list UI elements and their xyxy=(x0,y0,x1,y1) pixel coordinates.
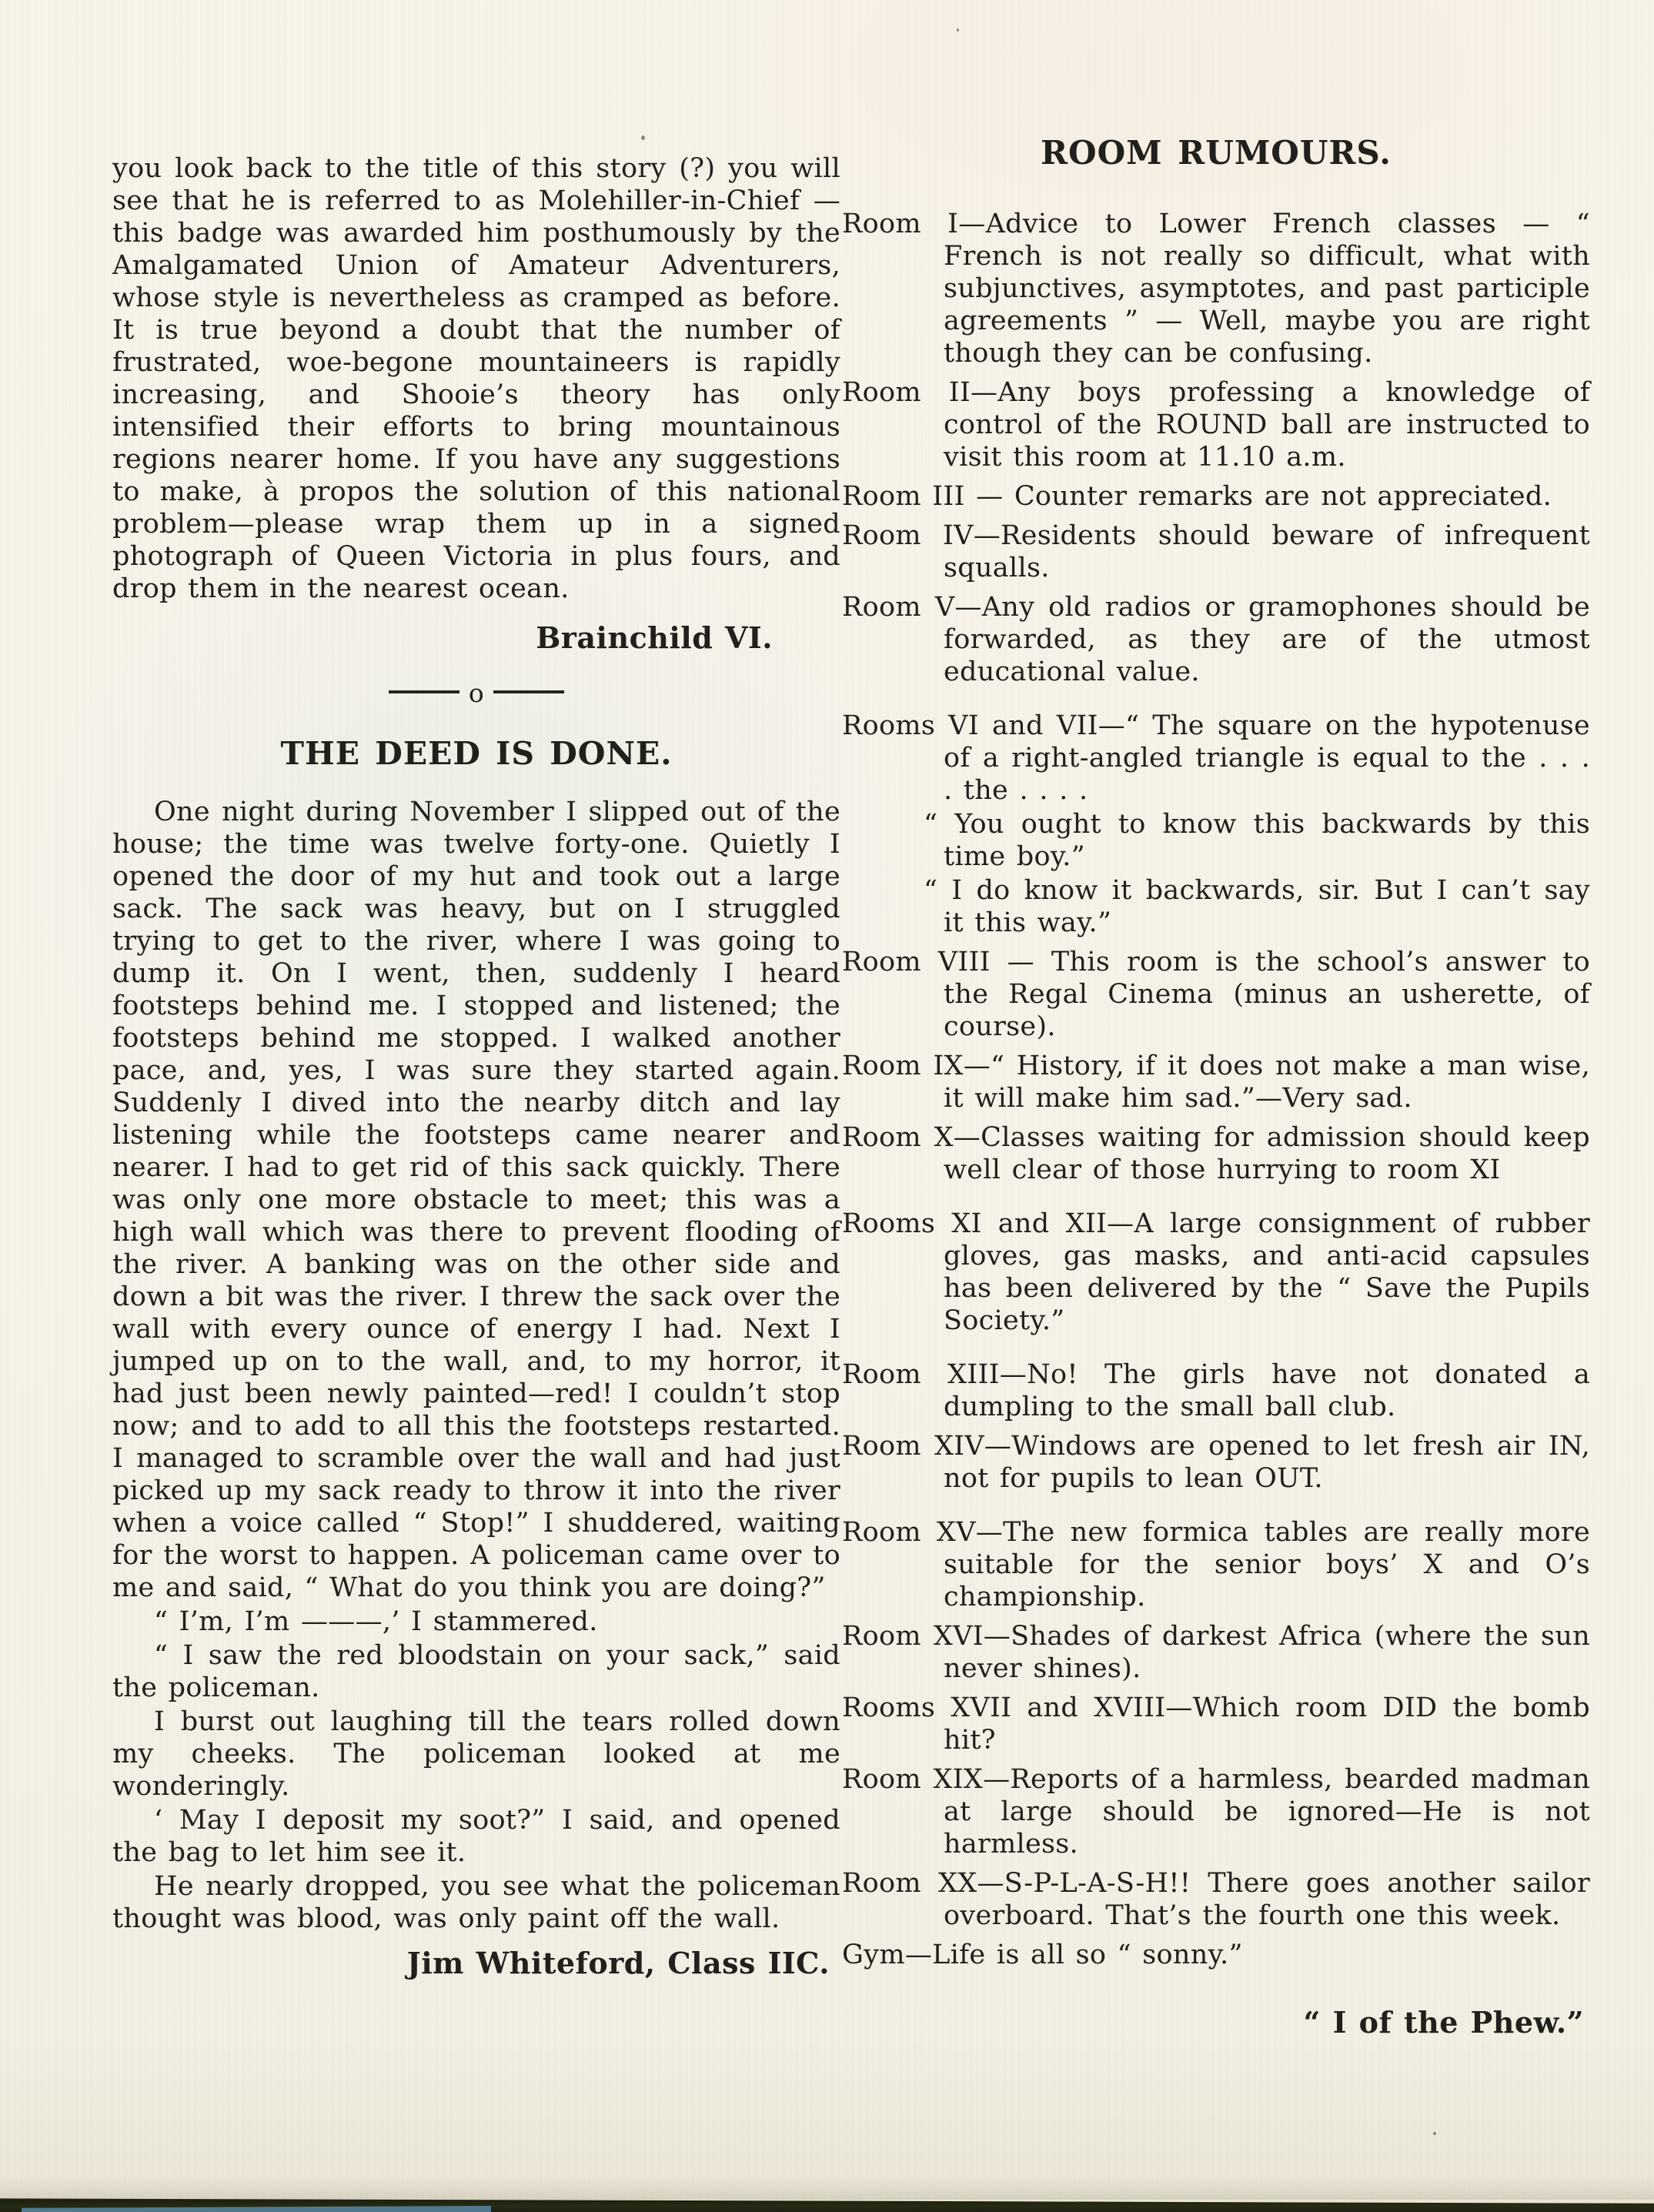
rumour-paragraph: Room I—Advice to Lower French classes — … xyxy=(842,208,1590,369)
rumour-entry-gym: Gym—Life is all so “ sonny.” xyxy=(842,1939,1590,1971)
story-paragraph: One night during November I slipped out … xyxy=(112,796,840,1604)
room-rumours-title: ROOM RUMOURS. xyxy=(842,137,1590,169)
left-column: you look back to the title of this story… xyxy=(112,152,840,1980)
rumour-paragraph: Gym—Life is all so “ sonny.” xyxy=(842,1939,1590,1971)
story-paragraph: I burst out laughing till the tears roll… xyxy=(112,1706,840,1803)
story-paragraph: He nearly dropped, you see what the poli… xyxy=(112,1870,840,1935)
scanned-magazine-page: you look back to the title of this story… xyxy=(0,0,1654,2212)
story-paragraph: “ I saw the red bloodstain on your sack,… xyxy=(112,1639,840,1704)
rumour-paragraph: Room XIII—No! The girls have not donated… xyxy=(842,1358,1590,1423)
section-divider: o xyxy=(112,677,840,710)
ink-speck xyxy=(1433,2132,1436,2135)
rumours-list: Room I—Advice to Lower French classes — … xyxy=(842,208,1590,1971)
rumour-entry-room-2: Room II—Any boys professing a knowledge … xyxy=(842,376,1590,473)
rumour-paragraph: Room X—Classes waiting for admission sho… xyxy=(842,1121,1590,1186)
rumour-paragraph: Room II—Any boys professing a knowledge … xyxy=(842,376,1590,473)
divider-rule-left xyxy=(389,690,459,693)
rumour-entry-room-3: Room III — Counter remarks are not appre… xyxy=(842,480,1590,513)
intro-paragraph: you look back to the title of this story… xyxy=(112,152,840,605)
story-body: One night during November I slipped out … xyxy=(112,796,840,1935)
rumour-entry-room-1: Room I—Advice to Lower French classes — … xyxy=(842,208,1590,369)
rumour-paragraph: Room III — Counter remarks are not appre… xyxy=(842,480,1590,513)
rumour-entry-rooms-11-12: Rooms XI and XII—A large consignment of … xyxy=(842,1208,1590,1337)
story-paragraph: ‘ May I deposit my soot?” I said, and op… xyxy=(112,1804,840,1869)
rumour-entry-room-9: Room IX—“ History, if it does not make a… xyxy=(842,1050,1590,1114)
rumour-entry-room-20: Room XX—S-P-L-A-S-H!! There goes another… xyxy=(842,1867,1590,1932)
intro-signature: Brainchild VI. xyxy=(112,622,840,654)
rumour-paragraph: Room XVI—Shades of darkest Africa (where… xyxy=(842,1620,1590,1685)
rumour-paragraph: Room IX—“ History, if it does not make a… xyxy=(842,1050,1590,1114)
scan-edge-band xyxy=(0,2197,1654,2212)
rumour-entry-room-10: Room X—Classes waiting for admission sho… xyxy=(842,1121,1590,1186)
rumour-paragraph: “ I do know it backwards, sir. But I can… xyxy=(842,874,1590,939)
rumour-paragraph: Room XIX—Reports of a harmless, bearded … xyxy=(842,1763,1590,1860)
rumour-entry-room-19: Room XIX—Reports of a harmless, bearded … xyxy=(842,1763,1590,1860)
divider-rule-right xyxy=(493,690,564,693)
rumour-paragraph: Rooms XVII and XVIII—Which room DID the … xyxy=(842,1692,1590,1756)
rumour-paragraph: Rooms VI and VII—“ The square on the hyp… xyxy=(842,710,1590,807)
ink-speck xyxy=(641,135,645,140)
rumour-paragraph: “ You ought to know this backwards by th… xyxy=(842,808,1590,873)
rumour-entry-room-4: Room IV—Residents should beware of infre… xyxy=(842,520,1590,584)
rumour-paragraph: Room XV—The new formica tables are reall… xyxy=(842,1516,1590,1613)
rumour-paragraph: Room XX—S-P-L-A-S-H!! There goes another… xyxy=(842,1867,1590,1932)
rumour-entry-room-13: Room XIII—No! The girls have not donated… xyxy=(842,1358,1590,1423)
rumour-entry-room-14: Room XIV—Windows are opened to let fresh… xyxy=(842,1430,1590,1495)
ink-speck xyxy=(957,28,959,32)
rumours-signature: “ I of the Phew.” xyxy=(842,2007,1590,2039)
rumour-paragraph: Rooms XI and XII—A large consignment of … xyxy=(842,1208,1590,1337)
divider-o: o xyxy=(469,678,484,708)
rumour-entry-room-8: Room VIII — This room is the school’s an… xyxy=(842,946,1590,1043)
rumour-entry-rooms-17-18: Rooms XVII and XVIII—Which room DID the … xyxy=(842,1692,1590,1756)
rumour-paragraph: Room V—Any old radios or gramophones sho… xyxy=(842,591,1590,688)
rumour-entry-room-5: Room V—Any old radios or gramophones sho… xyxy=(842,591,1590,688)
rumour-paragraph: Room XIV—Windows are opened to let fresh… xyxy=(842,1430,1590,1495)
rumour-entry-room-15: Room XV—The new formica tables are reall… xyxy=(842,1516,1590,1613)
story-title: THE DEED IS DONE. xyxy=(112,737,840,770)
story-signature: Jim Whiteford, Class IIC. xyxy=(112,1947,840,1980)
rumour-entry-rooms-6-7: Rooms VI and VII—“ The square on the hyp… xyxy=(842,710,1590,939)
rumour-entry-room-16: Room XVI—Shades of darkest Africa (where… xyxy=(842,1620,1590,1685)
right-column: ROOM RUMOURS. Room I—Advice to Lower Fre… xyxy=(842,137,1590,2039)
rumour-paragraph: Room IV—Residents should beware of infre… xyxy=(842,520,1590,584)
rumour-paragraph: Room VIII — This room is the school’s an… xyxy=(842,946,1590,1043)
story-paragraph: “ I’m, I’m ———,’ I stammered. xyxy=(112,1606,840,1638)
